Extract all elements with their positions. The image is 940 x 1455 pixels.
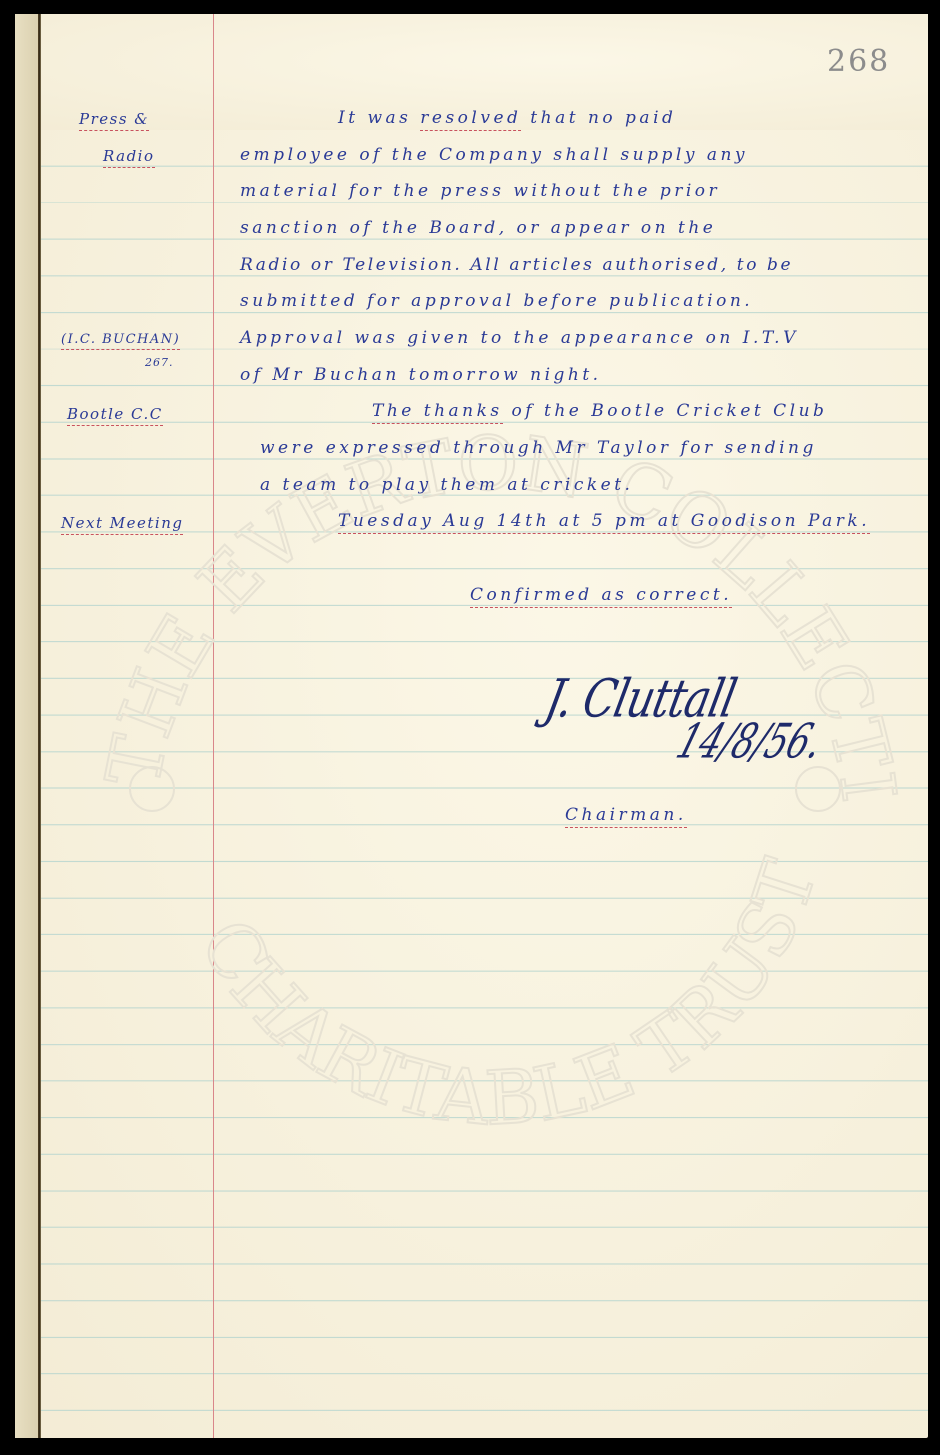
margin-note-press: Press &	[79, 110, 149, 131]
signature-date: 14/8/56.	[670, 714, 830, 770]
body-line-8: of Mr Buchan tomorrow night.	[240, 365, 602, 385]
body-line-1-prefix: It was	[338, 108, 420, 128]
confirmation-text: Confirmed as correct.	[470, 585, 732, 608]
body-line-1-underlined: resolved	[420, 108, 521, 131]
body-line-1-suffix: that no paid	[521, 108, 676, 128]
body-line-6: submitted for approval before publicatio…	[240, 291, 753, 311]
body-line-1: It was resolved that no paid	[338, 108, 676, 128]
body-line-4: sanction of the Board, or appear on the	[240, 218, 716, 238]
body-line-9-underlined: The thanks	[372, 401, 503, 424]
body-line-11: a team to play them at cricket.	[260, 475, 633, 495]
body-line-9: The thanks of the Bootle Cricket Club	[372, 401, 827, 421]
margin-note-next-meeting: Next Meeting	[61, 514, 183, 535]
body-line-5: Radio or Television. All articles author…	[240, 255, 793, 275]
body-line-3: material for the press without the prior	[240, 181, 720, 201]
chairman-title: Chairman.	[565, 805, 687, 828]
body-line-next-meeting: Tuesday Aug 14th at 5 pm at Goodison Par…	[338, 511, 870, 534]
margin-note-minute-ref: 267.	[145, 356, 174, 369]
red-margin-line	[213, 14, 214, 1438]
margin-note-buchan: (I.C. BUCHAN)	[61, 332, 180, 350]
margin-note-bootle: Bootle C.C	[67, 405, 163, 426]
body-line-2: employee of the Company shall supply any	[240, 145, 748, 165]
body-line-9-suffix: of the Bootle Cricket Club	[503, 401, 828, 421]
page-number: 268	[827, 44, 890, 79]
body-line-7: Approval was given to the appearance on …	[240, 328, 799, 348]
ledger-page: THE EVERTON COLLECTION CHARITABLE TRUST …	[15, 14, 928, 1438]
margin-note-radio: Radio	[103, 147, 155, 168]
binding-gutter	[38, 14, 41, 1438]
body-line-10: were expressed through Mr Taylor for sen…	[260, 438, 817, 458]
